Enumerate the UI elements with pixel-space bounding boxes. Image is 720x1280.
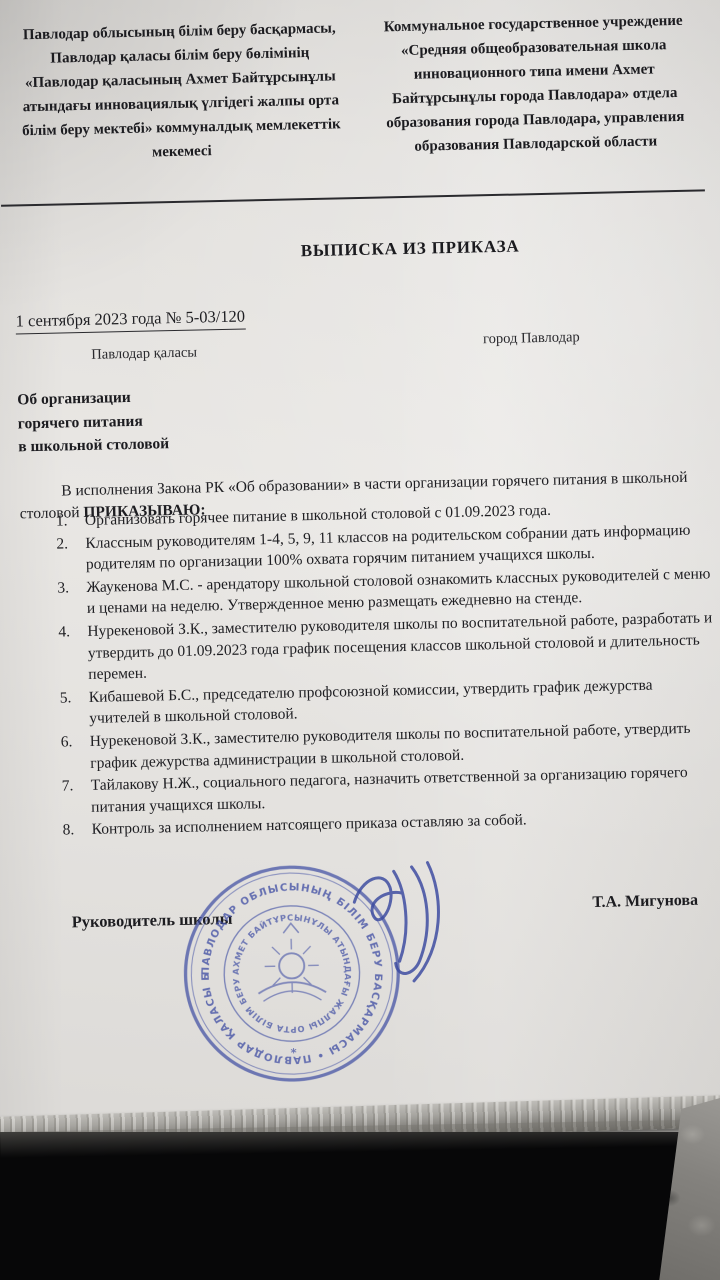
subject-line-3: в школьной столовой — [18, 432, 169, 459]
dark-table-background — [0, 1132, 720, 1280]
letterhead-divider-rule — [1, 189, 705, 206]
signature-scribble-icon — [339, 856, 460, 991]
place-name-russian: город Павлодар — [483, 329, 580, 348]
place-name-kazakh: Павлодар қаласы — [91, 345, 197, 364]
stamp-emblem-icon — [257, 923, 326, 1002]
svg-text:АХМЕТ БАЙТҰРСЫНҰЛЫ АТЫНДАҒЫ ЖА: АХМЕТ БАЙТҰРСЫНҰЛЫ АТЫНДАҒЫ ЖАЛПЫ ОРТА Б… — [173, 855, 354, 1037]
svg-text:*: * — [290, 1046, 296, 1060]
order-items-list: Организовать горячее питание в школьной … — [36, 496, 719, 843]
signature-name: Т.А. Мигунова — [592, 892, 698, 912]
photo-of-document: Павлодар облысының білім беру басқармасы… — [0, 0, 720, 1280]
document-content: Павлодар облысының білім беру басқармасы… — [0, 0, 720, 1158]
order-date-number: 1 сентября 2023 года № 5-03/120 — [15, 306, 245, 334]
order-subject: Об организации горячего питания в школьн… — [17, 385, 169, 459]
letterhead-russian: Коммунальное государственное учреждение … — [371, 9, 698, 160]
stamp-ring-text-inner: АХМЕТ БАЙТҰРСЫНҰЛЫ АТЫНДАҒЫ ЖАЛПЫ ОРТА Б… — [173, 855, 354, 1037]
subject-line-1: Об организации — [17, 385, 168, 412]
letterhead: Павлодар облысының білім беру басқармасы… — [13, 9, 698, 168]
subject-line-2: горячего питания — [18, 409, 169, 436]
document-title: ВЫПИСКА ИЗ ПРИКАЗА — [50, 231, 720, 267]
letterhead-kazakh: Павлодар облысының білім беру басқармасы… — [13, 16, 348, 167]
